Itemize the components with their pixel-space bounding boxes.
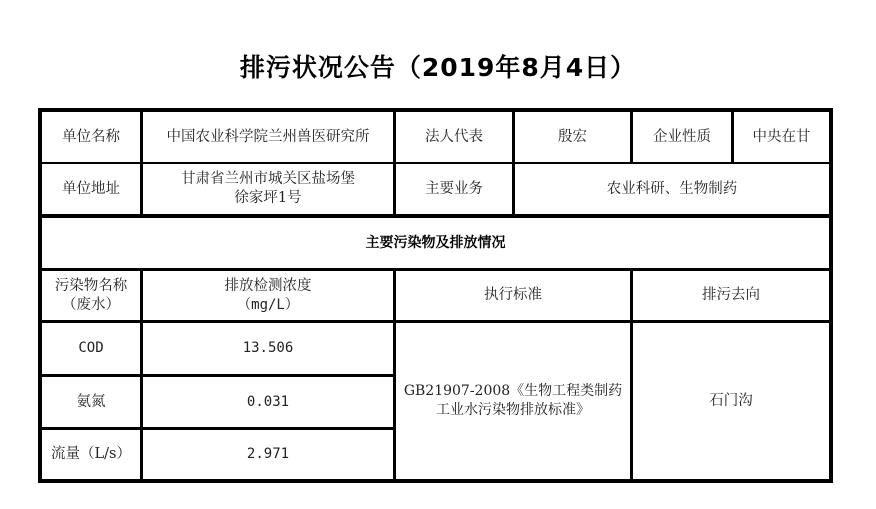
standard-header: 执行标准	[396, 271, 630, 320]
unit-address-line2: 徐家坪1号	[234, 189, 301, 208]
unit-name-label-text: 单位名称	[62, 128, 120, 147]
main-business-label: 主要业务	[396, 164, 512, 214]
legal-rep-value-text: 殷宏	[558, 128, 587, 147]
pollutant-row-cod-value: 13.506	[143, 323, 393, 374]
discharge-destination-text: 石门沟	[709, 392, 753, 411]
main-business-value: 农业科研、生物制药	[515, 164, 829, 214]
unit-address-label: 单位地址	[42, 164, 140, 214]
pollutant-row-ammonia-value: 0.031	[143, 377, 393, 427]
discharge-standard-value: GB21907-2008《生物工程类制药 工业水污染物排放标准》	[396, 323, 630, 479]
unit-address-line1: 甘肃省兰州市城关区盐场堡	[181, 170, 355, 189]
concentration-header-line2: （mg/L）	[237, 296, 299, 315]
main-business-label-text: 主要业务	[425, 180, 483, 199]
legal-rep-label: 法人代表	[396, 112, 512, 162]
pollutant-row-cod-name: COD	[42, 323, 140, 374]
pollutant-section-heading: 主要污染物及排放情况	[42, 218, 829, 268]
standard-header-text: 执行标准	[484, 286, 542, 305]
enterprise-nature-value-text: 中央在甘	[753, 128, 811, 147]
pollutant-name: COD	[78, 339, 103, 358]
concentration-header: 排放检测浓度 （mg/L）	[143, 271, 393, 320]
enterprise-nature-value: 中央在甘	[734, 112, 829, 162]
unit-address-label-text: 单位地址	[62, 180, 120, 199]
unit-address-value: 甘肃省兰州市城关区盐场堡 徐家坪1号	[143, 164, 393, 214]
unit-name-value: 中国农业科学院兰州兽医研究所	[143, 112, 393, 162]
unit-name-label: 单位名称	[42, 112, 140, 162]
enterprise-nature-label-text: 企业性质	[653, 128, 711, 147]
legal-rep-label-text: 法人代表	[425, 128, 483, 147]
concentration-header-line1: 排放检测浓度	[225, 277, 312, 296]
pollutant-name-header: 污染物名称 （废水）	[42, 271, 140, 320]
enterprise-nature-label: 企业性质	[633, 112, 731, 162]
destination-header-text: 排污去向	[702, 286, 760, 305]
legal-rep-value: 殷宏	[515, 112, 630, 162]
discharge-standard-line2: 工业水污染物排放标准》	[436, 401, 590, 420]
pollutant-row-flow-name: 流量（L/s）	[42, 430, 140, 479]
discharge-destination-value: 石门沟	[633, 323, 829, 479]
pollutant-name-header-line2: （废水）	[62, 296, 120, 315]
pollutant-value: 2.971	[247, 445, 289, 464]
pollutant-row-flow-value: 2.971	[143, 430, 393, 479]
pollutant-value: 13.506	[243, 339, 294, 358]
unit-name-value-text: 中国农业科学院兰州兽医研究所	[167, 128, 370, 147]
discharge-standard-line1: GB21907-2008《生物工程类制药	[404, 382, 622, 401]
pollutant-value: 0.031	[247, 393, 289, 412]
main-business-value-text: 农业科研、生物制药	[607, 180, 738, 199]
pollutant-name: 流量（L/s）	[51, 445, 131, 464]
pollutant-section-heading-text: 主要污染物及排放情况	[366, 234, 506, 253]
destination-header: 排污去向	[633, 271, 829, 320]
pollutant-name: 氨氮	[77, 393, 106, 412]
pollutant-row-ammonia-name: 氨氮	[42, 377, 140, 427]
pollutant-name-header-line1: 污染物名称	[55, 277, 128, 296]
page-title: 排污状况公告（2019年8月4日）	[0, 50, 876, 86]
pollution-report-table: 单位名称 中国农业科学院兰州兽医研究所 法人代表 殷宏 企业性质 中央在甘 单位…	[38, 108, 833, 483]
